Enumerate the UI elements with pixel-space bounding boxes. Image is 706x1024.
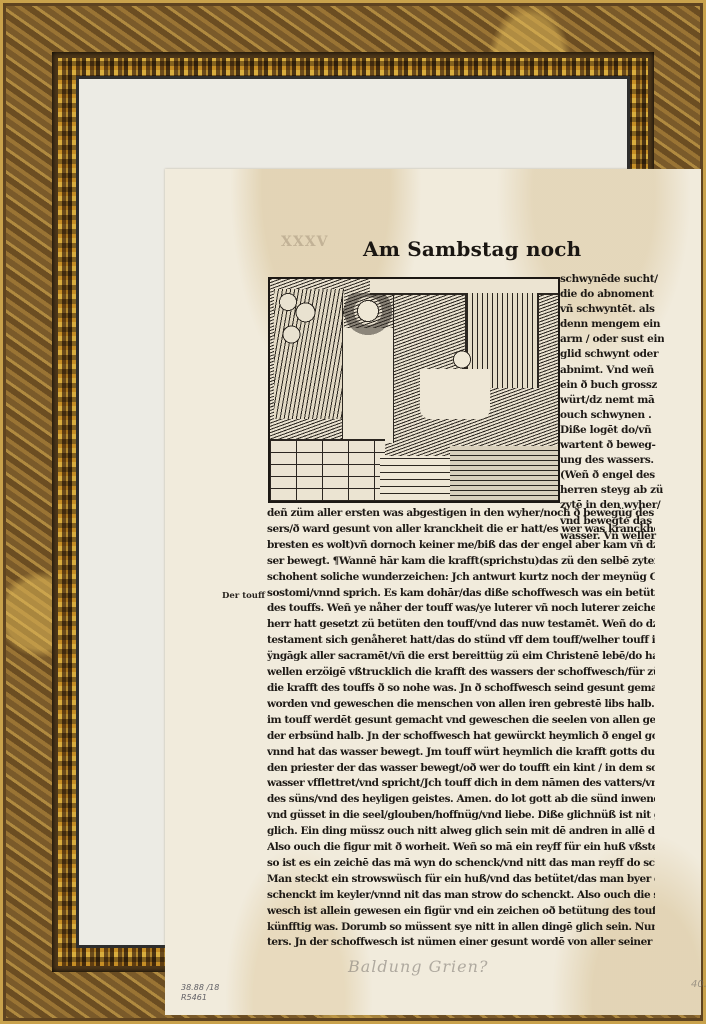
text-line: den priester der das wasser bewegt/oð we… [267,761,655,777]
inventory-line-2: R5461 [181,993,219,1003]
woodcut-steps [380,456,455,501]
pencil-number: 40. [691,979,706,990]
text-line: vnd güsset in die seel/glouben/hoffnüg/v… [267,808,655,824]
text-line: ung des wassers. [560,453,664,468]
folio-number-faint: XXXV [281,234,328,250]
text-line: herren steyg ab zü [560,483,664,498]
text-line: denn mengem ein [560,317,664,332]
text-line: ser bewegt. ¶Wannē hār kam die krafft(sp… [267,554,655,570]
text-line: deñ züm aller ersten was abgestigen in d… [267,506,655,522]
text-line: künfftig was. Dorumb so müssent sye nitt… [267,920,655,936]
text-line: (Weñ ð engel des [560,468,664,483]
woodcut-pool [450,446,558,501]
text-line: ters. Jn der schoffwesch ist nümen einer… [267,935,655,951]
page-heading: Am Sambstag noch [363,237,581,261]
text-line: vnnd hat das wasser bewegt. Jm touff wür… [267,745,655,761]
text-line: glid schwynt oder [560,347,664,362]
text-line: so ist es ein zeichē das mā wyn do schen… [267,856,655,872]
woodcut-christ-figure [342,293,394,443]
text-line: wesch ist allein gewesen ein figür vnd e… [267,904,655,920]
text-line: würt/dz nemt mā [560,393,664,408]
inventory-number: 38.88 /18 R5461 [181,983,219,1003]
text-line: ein ð buch grossz [560,378,664,393]
text-line: des touffs. Weñ ye nåher der touff was/y… [267,601,655,617]
text-line: ÿngāgk aller sacramēt/vñ die erst bereit… [267,649,655,665]
text-line: schwynēde sucht/ [560,272,664,287]
inventory-line-1: 38.88 /18 [181,983,219,993]
right-column-text: schwynēde sucht/ die do abnoment vñ schw… [560,272,664,544]
text-line: die do abnoment [560,287,664,302]
text-line: Diße logēt do/vñ [560,423,664,438]
text-line: sers/ð ward gesunt von aller kranckheit … [267,522,655,538]
text-line: arm / oder sust ein [560,332,664,347]
text-line: abnimt. Vnd weñ [560,363,664,378]
text-line: Also ouch die figur mit ð worheit. Weñ s… [267,840,655,856]
text-line: des süns/vnd des heyligen geistes. Amen.… [267,792,655,808]
text-line: im touff werdēt gesunt gemacht vnd gewes… [267,713,655,729]
margin-note: Der touff [222,591,265,601]
woodcut-brick-wall [270,439,385,501]
text-line: schohent soliche wunderzeichen: Jch antw… [267,570,655,586]
woodcut-illustration [268,277,560,503]
text-line: vñ schwyntēt. als [560,302,664,317]
text-line: glich. Ein ding müssz ouch nitt alweg gl… [267,824,655,840]
text-line: schenckt im keyler/vnnd nit das man stro… [267,888,655,904]
woodcut-sick-man-figure [420,349,490,419]
text-line: herr hatt gesetzt zü betüten den touff/v… [267,617,655,633]
text-line: bresten es wolt)vñ dornoch keiner me/biß… [267,538,655,554]
text-line: worden vnd geweschen die menschen von al… [267,697,655,713]
text-line: wasser vfflettret/vnd spricht/Jch touff … [267,776,655,792]
text-line: testament sich genåheret hatt/das do stü… [267,633,655,649]
text-line: wellen erzöigē vßtrucklich die krafft de… [267,665,655,681]
text-line: Man steckt ein strowswüsch für ein huß/v… [267,872,655,888]
book-leaf: XXXV Am Sambstag noch schwynēde sucht/ d… [165,169,701,1015]
text-line: wartent ð beweg- [560,438,664,453]
text-line: sostomi/vnnd sprich. Es kam dohār/das di… [267,586,655,602]
text-line: der erbsünd halb. Jn der schoffwesch hat… [267,729,655,745]
mat-board: XXXV Am Sambstag noch schwynēde sucht/ d… [79,79,627,945]
text-line: die krafft des touffs ð so nohe was. Jn … [267,681,655,697]
text-line: ouch schwynen . [560,408,664,423]
body-text: deñ züm aller ersten was abgestigen in d… [267,506,655,951]
pencil-attribution: Baldung Grien? [348,957,489,976]
woodcut-crowd-figures [274,289,344,419]
